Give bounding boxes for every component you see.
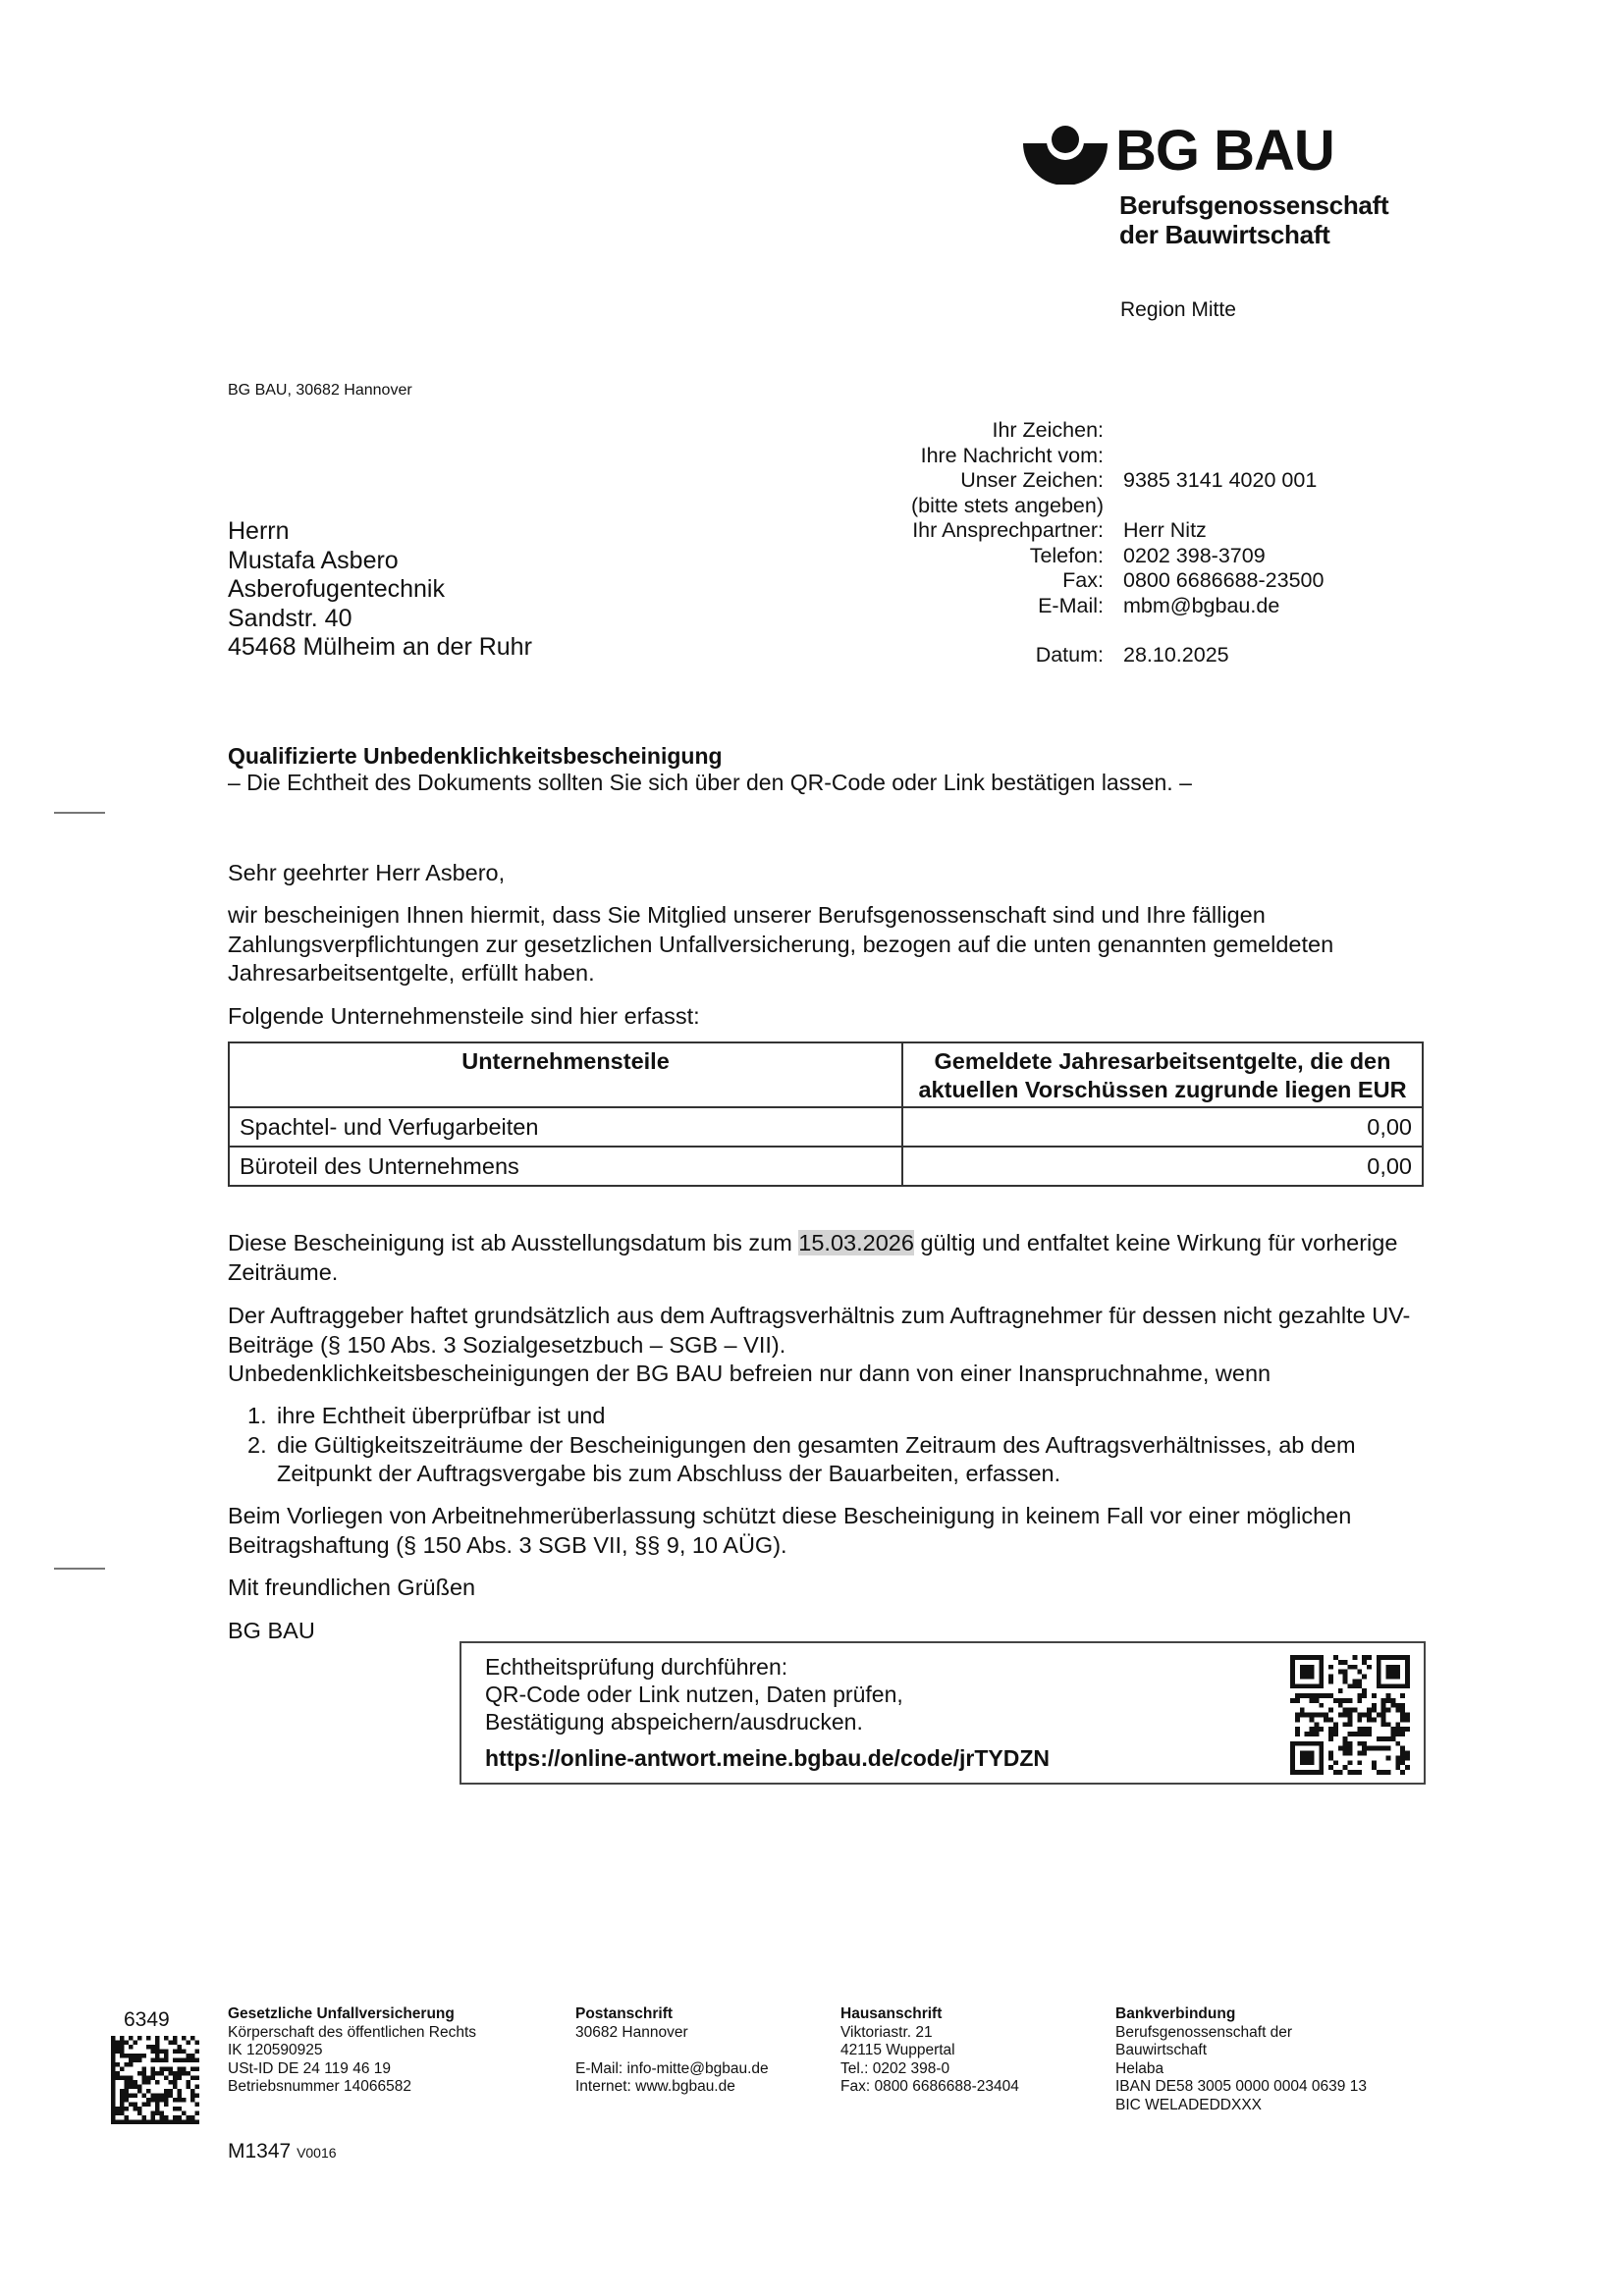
footer-column-insurance: Gesetzliche Unfallversicherung Körpersch… <box>228 2005 476 2097</box>
meta-row-phone: Telefon:0202 398-3709 <box>864 544 1324 569</box>
bg-bau-emblem-icon <box>1021 126 1109 185</box>
form-version: V0016 <box>297 2145 336 2161</box>
meta-row-fax: Fax:0800 6686688-23500 <box>864 568 1324 594</box>
verify-instructions: Echtheitsprüfung durchführen: QR-Code od… <box>485 1653 903 1735</box>
reference-block: Ihr Zeichen: Ihre Nachricht vom: Unser Z… <box>864 418 1324 668</box>
sender-return-address: BG BAU, 30682 Hannover <box>228 382 412 400</box>
letter-date: 28.10.2025 <box>1123 643 1324 668</box>
contact-person: Herr Nitz <box>1123 518 1324 544</box>
meta-row-email: E-Mail:mbm@bgbau.de <box>864 594 1324 619</box>
recipient-company: Asberofugentechnik <box>228 575 532 605</box>
leasing-paragraph: Beim Vorliegen von Arbeitnehmerüberlassu… <box>228 1502 1435 1560</box>
footer-column-house-address: Hausanschrift Viktoriastr. 21 42115 Wupp… <box>840 2005 1019 2097</box>
logo-name: BG BAU <box>1115 120 1334 183</box>
subject-block: Qualifizierte Unbedenklichkeitsbescheini… <box>228 743 1192 796</box>
list-item: 2.die Gültigkeitszeiträume der Bescheini… <box>247 1431 1435 1489</box>
logo-subtitle-line-2: der Bauwirtschaft <box>1119 220 1388 249</box>
our-reference-value: 9385 3141 4020 001 <box>1123 468 1324 494</box>
contact-fax: 0800 6686688-23500 <box>1123 568 1324 594</box>
company-parts-table: Unternehmensteile Gemeldete Jahresarbeit… <box>228 1041 1424 1187</box>
closing-greeting: Mit freundlichen Grüßen <box>228 1574 1435 1603</box>
liability-paragraph: Der Auftraggeber haftet grundsätzlich au… <box>228 1302 1435 1389</box>
footer-website[interactable]: Internet: www.bgbau.de <box>575 2078 769 2097</box>
table-header-row: Unternehmensteile Gemeldete Jahresarbeit… <box>229 1042 1423 1107</box>
footer-column-postal: Postanschrift 30682 Hannover E-Mail: inf… <box>575 2005 769 2097</box>
contact-email[interactable]: mbm@bgbau.de <box>1123 594 1324 619</box>
recipient-address: Herrn Mustafa Asbero Asberofugentechnik … <box>228 517 532 663</box>
verify-link[interactable]: https://online-antwort.meine.bgbau.de/co… <box>485 1745 1050 1772</box>
footer-column-bank: Bankverbindung Berufsgenossenschaft der … <box>1115 2005 1367 2114</box>
conditions-list: 1.ihre Echtheit überprüfbar ist und 2.di… <box>247 1402 1435 1489</box>
meta-row-date: Datum:28.10.2025 <box>864 643 1324 668</box>
meta-row-note: (bitte stets angeben) <box>864 494 1324 519</box>
column-header-parts: Unternehmensteile <box>229 1042 902 1107</box>
logo-subtitle: Berufsgenossenschaft der Bauwirtschaft <box>1119 190 1388 249</box>
letter-salutation: Sehr geehrter Herr Asbero, <box>228 859 1435 888</box>
logo-subtitle-line-1: Berufsgenossenschaft <box>1119 190 1388 220</box>
footer-email[interactable]: E-Mail: info-mitte@bgbau.de <box>575 2060 769 2079</box>
region-label: Region Mitte <box>1120 298 1236 322</box>
table-row: Spachtel- und Verfugarbeiten 0,00 <box>229 1107 1423 1147</box>
recipient-salutation: Herrn <box>228 517 532 547</box>
meta-row-your-reference: Ihr Zeichen: <box>864 418 1324 444</box>
intro-paragraph: wir bescheinigen Ihnen hiermit, dass Sie… <box>228 901 1435 988</box>
column-header-amount: Gemeldete Jahresarbeitsentgelte, die den… <box>902 1042 1423 1107</box>
validity-paragraph: Diese Bescheinigung ist ab Ausstellungsd… <box>228 1229 1435 1287</box>
qr-code-icon[interactable] <box>1290 1655 1410 1775</box>
form-identifier: M1347 V0016 <box>228 2140 337 2163</box>
table-lead-text: Folgende Unternehmensteile sind hier erf… <box>228 1002 1435 1032</box>
cell-part: Büroteil des Unternehmens <box>229 1147 902 1186</box>
datamatrix-icon <box>111 2036 199 2124</box>
recipient-street: Sandstr. 40 <box>228 605 532 634</box>
meta-row-your-message: Ihre Nachricht vom: <box>864 444 1324 469</box>
bg-bau-logo: BG BAU Berufsgenossenschaft der Bauwirts… <box>1021 126 1414 263</box>
fold-mark <box>54 1568 105 1570</box>
subject-subtitle: – Die Echtheit des Dokuments sollten Sie… <box>228 770 1192 796</box>
cell-part: Spachtel- und Verfugarbeiten <box>229 1107 902 1147</box>
recipient-name: Mustafa Asbero <box>228 547 532 576</box>
fold-mark <box>54 812 105 814</box>
authenticity-check-box: Echtheitsprüfung durchführen: QR-Code od… <box>460 1641 1426 1785</box>
footer-code: 6349 <box>124 2008 170 2032</box>
subject-title: Qualifizierte Unbedenklichkeitsbescheini… <box>228 743 1192 770</box>
cell-amount: 0,00 <box>902 1147 1423 1186</box>
contact-phone: 0202 398-3709 <box>1123 544 1324 569</box>
table-row: Büroteil des Unternehmens 0,00 <box>229 1147 1423 1186</box>
validity-date: 15.03.2026 <box>798 1230 914 1255</box>
list-item: 1.ihre Echtheit überprüfbar ist und <box>247 1402 1435 1431</box>
meta-row-our-reference: Unser Zeichen:9385 3141 4020 001 <box>864 468 1324 494</box>
cell-amount: 0,00 <box>902 1107 1423 1147</box>
recipient-city: 45468 Mülheim an der Ruhr <box>228 633 532 663</box>
meta-row-contact: Ihr Ansprechpartner:Herr Nitz <box>864 518 1324 544</box>
